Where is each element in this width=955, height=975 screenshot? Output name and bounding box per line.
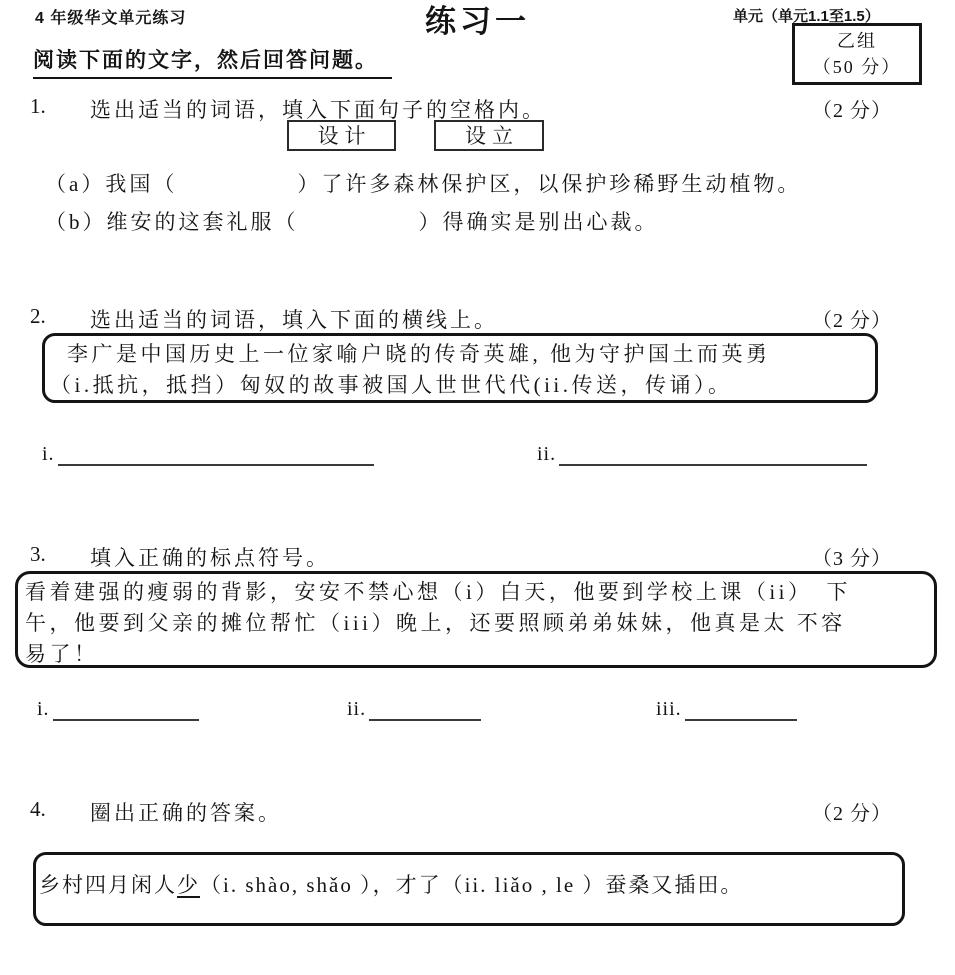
question-2-text: 选出适当的词语，填入下面的横线上。: [90, 304, 498, 334]
word-option-box-2: 设立: [434, 120, 544, 151]
blank-label: ii.: [347, 698, 366, 720]
question-2-number: 2.: [30, 304, 46, 329]
question-4-text: 圈出正确的答案。: [90, 797, 282, 827]
passage-line: 李广是中国历史上一位家喻户晓的传奇英雄, 他为守护国土而英勇: [50, 339, 875, 370]
question-1-item-b: （b）维安的这套礼服（ ）得确实是别出心裁。: [45, 206, 659, 236]
answer-line: [53, 700, 199, 721]
passage-line: 易了！: [25, 639, 934, 668]
question-3-passage-box: 看着建强的瘦弱的背影，安安不禁心想（i）白天，他要到学校上课（ii） 下 午，他…: [15, 571, 937, 668]
question-3-text: 填入正确的标点符号。: [90, 542, 330, 572]
word-option-box-1: 设计: [287, 120, 396, 151]
question-4-passage-box: 乡村四月闲人少（i. shào, shǎo ），才了（ii. liǎo , le…: [33, 852, 905, 926]
answer-blank-ii: ii.: [537, 443, 867, 466]
answer-blank-i: i.: [42, 443, 374, 466]
group-score: （50 分）: [813, 54, 902, 80]
worksheet-page: 4 年级华文单元练习 练习一 单元（单元1.1至1.5） 乙组 （50 分） 阅…: [0, 0, 955, 975]
answer-line: [685, 700, 797, 721]
question-4-number: 4.: [30, 797, 46, 822]
passage-prefix: 乡村四月闲人: [39, 873, 177, 897]
question-1-marks: （2 分）: [812, 94, 892, 123]
question-1-item-a: （a）我国（ ）了许多森林保护区，以保护珍稀野生动植物。: [45, 168, 801, 198]
group-score-box: 乙组 （50 分）: [792, 23, 922, 85]
answer-line: [369, 700, 481, 721]
passage-line: 乡村四月闲人少（i. shào, shǎo ），才了（ii. liǎo , le…: [39, 870, 902, 901]
question-3-marks: （3 分）: [812, 542, 892, 571]
answer-blank-iii: iii.: [656, 698, 797, 721]
answer-blank-i: i.: [37, 698, 199, 721]
question-2-marks: （2 分）: [812, 304, 892, 333]
question-2-passage-box: 李广是中国历史上一位家喻户晓的传奇英雄, 他为守护国土而英勇 （i.抵抗，抵挡）…: [42, 333, 878, 403]
blank-label: iii.: [656, 698, 682, 720]
question-4-marks: （2 分）: [812, 797, 892, 826]
passage-line: （i.抵抗，抵挡）匈奴的故事被国人世世代代(ii.传送，传诵）。: [50, 370, 875, 401]
answer-line: [58, 445, 374, 466]
reading-instruction: 阅读下面的文字，然后回答问题。: [33, 44, 392, 79]
passage-line: 午，他要到父亲的摊位帮忙（iii）晚上，还要照顾弟弟妹妹，他真是太 不容: [25, 608, 934, 639]
question-1-number: 1.: [30, 94, 46, 119]
question-3-number: 3.: [30, 542, 46, 567]
passage-suffix: （i. shào, shǎo ），才了（ii. liǎo , le ）蚕桑又插田…: [200, 873, 743, 897]
blank-label: ii.: [537, 443, 556, 465]
answer-line: [559, 445, 867, 466]
underlined-character: 少: [177, 873, 200, 897]
blank-label: i.: [37, 698, 50, 720]
passage-line: 看着建强的瘦弱的背影，安安不禁心想（i）白天，他要到学校上课（ii） 下: [25, 577, 934, 608]
group-name: 乙组: [837, 28, 877, 54]
blank-label: i.: [42, 443, 55, 465]
answer-blank-ii: ii.: [347, 698, 481, 721]
